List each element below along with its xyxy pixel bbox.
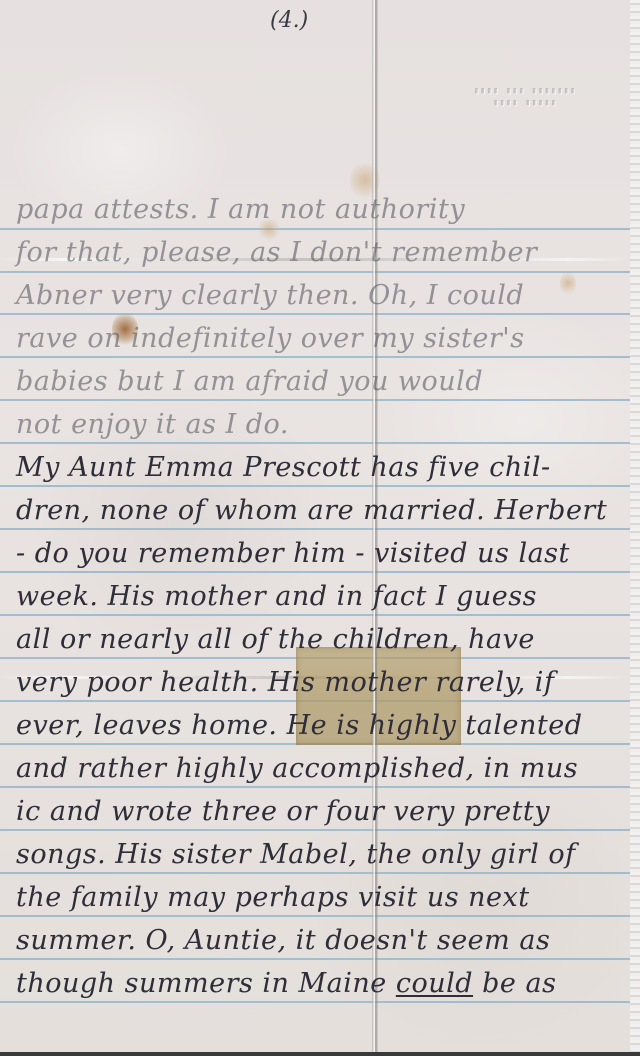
text-line: dren, none of whom are married. Herbert xyxy=(16,495,630,526)
text-line: though summers in Maine could be as xyxy=(16,968,630,999)
text-line: rave on indefinitely over my sister's xyxy=(16,323,630,354)
page-number: (4.) xyxy=(270,8,308,33)
text-line: ic and wrote three or four very pretty xyxy=(16,796,630,827)
embossed-stamp: ▮▮▮▮ ▮▮▮ ▮▮▮▮▮▮▮ ▮▮▮▮ ▮▮▮▮▮ xyxy=(445,85,605,109)
ruled-line xyxy=(0,872,630,874)
embossed-stamp-line: ▮▮▮▮ ▮▮▮ ▮▮▮▮▮▮▮ xyxy=(445,85,605,97)
text-line: summer. O, Auntie, it doesn't seem as xyxy=(16,925,630,956)
text-line: week. His mother and in fact I guess xyxy=(16,581,630,612)
text-line: ever, leaves home. He is highly talented xyxy=(16,710,630,741)
text-segment: be as xyxy=(473,968,556,999)
underlined-word: could xyxy=(396,968,473,999)
ruled-line xyxy=(0,958,630,960)
text-line: very poor health. His mother rarely, if xyxy=(16,667,630,698)
ruled-line xyxy=(0,829,630,831)
text-line: papa attests. I am not authority xyxy=(16,194,630,225)
text-line: songs. His sister Mabel, the only girl o… xyxy=(16,839,630,870)
ruled-line xyxy=(0,399,630,401)
text-line: My Aunt Emma Prescott has five chil- xyxy=(16,452,630,483)
scan-edge-artifact xyxy=(630,0,640,1052)
ruled-line xyxy=(0,442,630,444)
text-line: for that, please, as I don't remember xyxy=(16,237,630,268)
ruled-line xyxy=(0,356,630,358)
ruled-line xyxy=(0,228,630,230)
text-line: all or nearly all of the children, have xyxy=(16,624,630,655)
ruled-line xyxy=(0,528,630,530)
text-line: - do you remember him - visited us last xyxy=(16,538,630,569)
text-segment: though summers in Maine xyxy=(16,968,396,999)
text-line: the family may perhaps visit us next xyxy=(16,882,630,913)
ruled-line xyxy=(0,1001,630,1003)
text-line: Abner very clearly then. Oh, I could xyxy=(16,280,630,311)
text-line: babies but I am afraid you would xyxy=(16,366,630,397)
ruled-line xyxy=(0,571,630,573)
ruled-line xyxy=(0,313,630,315)
text-line: not enjoy it as I do. xyxy=(16,409,630,440)
ruled-line xyxy=(0,271,630,273)
text-line: and rather highly accomplished, in mus xyxy=(16,753,630,784)
ruled-line xyxy=(0,915,630,917)
letter-page: (4.) ▮▮▮▮ ▮▮▮ ▮▮▮▮▮▮▮ ▮▮▮▮ ▮▮▮▮▮ papa at… xyxy=(0,0,630,1052)
scan-edge-artifact xyxy=(0,1052,640,1056)
ruled-line xyxy=(0,485,630,487)
ruled-line xyxy=(0,786,630,788)
embossed-stamp-line: ▮▮▮▮ ▮▮▮▮▮ xyxy=(445,97,605,109)
ruled-line xyxy=(0,614,630,616)
